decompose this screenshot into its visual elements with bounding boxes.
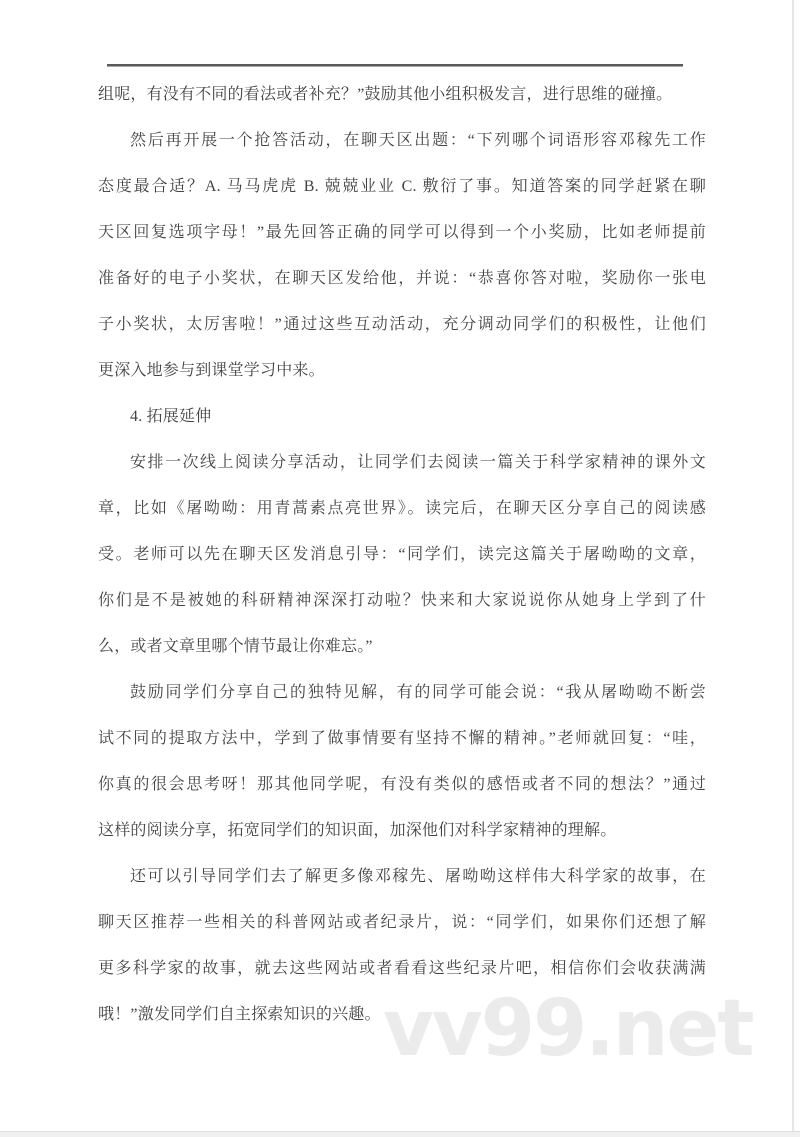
text-line: 这样的阅读分享，拓宽同学们的知识面，加深他们对科学家精神的理解。 bbox=[98, 808, 706, 854]
text-line: 组呢，有没有不同的看法或者补充？”鼓励其他小组积极发言，进行思维的碰撞。 bbox=[98, 72, 706, 118]
document-body: 组呢，有没有不同的看法或者补充？”鼓励其他小组积极发言，进行思维的碰撞。然后再开… bbox=[98, 72, 706, 1038]
text-line: 么，或者文章里哪个情节最让你难忘。” bbox=[98, 624, 706, 670]
text-line: 态度最合适？A. 马马虎虎 B. 兢兢业业 C. 敷衍了事。知道答案的同学赶紧在… bbox=[98, 164, 706, 210]
page-bottom-edge bbox=[0, 1131, 800, 1137]
text-line: 受。老师可以先在聊天区发消息引导：“同学们，读完这篇关于屠呦呦的文章， bbox=[98, 532, 706, 578]
text-line: 更深入地参与到课堂学习中来。 bbox=[98, 348, 706, 394]
header-rule bbox=[107, 64, 683, 67]
section-heading: 4. 拓展延伸 bbox=[98, 394, 706, 440]
document-page: 组呢，有没有不同的看法或者补充？”鼓励其他小组积极发言，进行思维的碰撞。然后再开… bbox=[0, 0, 800, 1137]
text-line: 天区回复选项字母！”最先回答正确的同学可以得到一个小奖励，比如老师提前 bbox=[98, 210, 706, 256]
text-line: 安排一次线上阅读分享活动，让同学们去阅读一篇关于科学家精神的课外文 bbox=[98, 440, 706, 486]
page-right-edge bbox=[792, 0, 794, 1131]
text-line: 你们是不是被她的科研精神深深打动啦？快来和大家说说你从她身上学到了什 bbox=[98, 578, 706, 624]
text-line: 子小奖状，太厉害啦！”通过这些互动活动，充分调动同学们的积极性，让他们 bbox=[98, 302, 706, 348]
text-line: 还可以引导同学们去了解更多像邓稼先、屠呦呦这样伟大科学家的故事，在 bbox=[98, 854, 706, 900]
text-line: 你真的很会思考呀！那其他同学呢，有没有类似的感悟或者不同的想法？”通过 bbox=[98, 762, 706, 808]
text-line: 然后再开展一个抢答活动，在聊天区出题：“下列哪个词语形容邓稼先工作 bbox=[98, 118, 706, 164]
watermark-text: vv99.net bbox=[383, 990, 753, 1068]
text-line: 准备好的电子小奖状，在聊天区发给他，并说：“恭喜你答对啦，奖励你一张电 bbox=[98, 256, 706, 302]
text-line: 章，比如《屠呦呦：用青蒿素点亮世界》。读完后，在聊天区分享自己的阅读感 bbox=[98, 486, 706, 532]
text-line: 鼓励同学们分享自己的独特见解，有的同学可能会说：“我从屠呦呦不断尝 bbox=[98, 670, 706, 716]
text-line: 试不同的提取方法中，学到了做事情要有坚持不懈的精神。”老师就回复：“哇， bbox=[98, 716, 706, 762]
text-line: 聊天区推荐一些相关的科普网站或者纪录片，说：“同学们，如果你们还想了解 bbox=[98, 900, 706, 946]
